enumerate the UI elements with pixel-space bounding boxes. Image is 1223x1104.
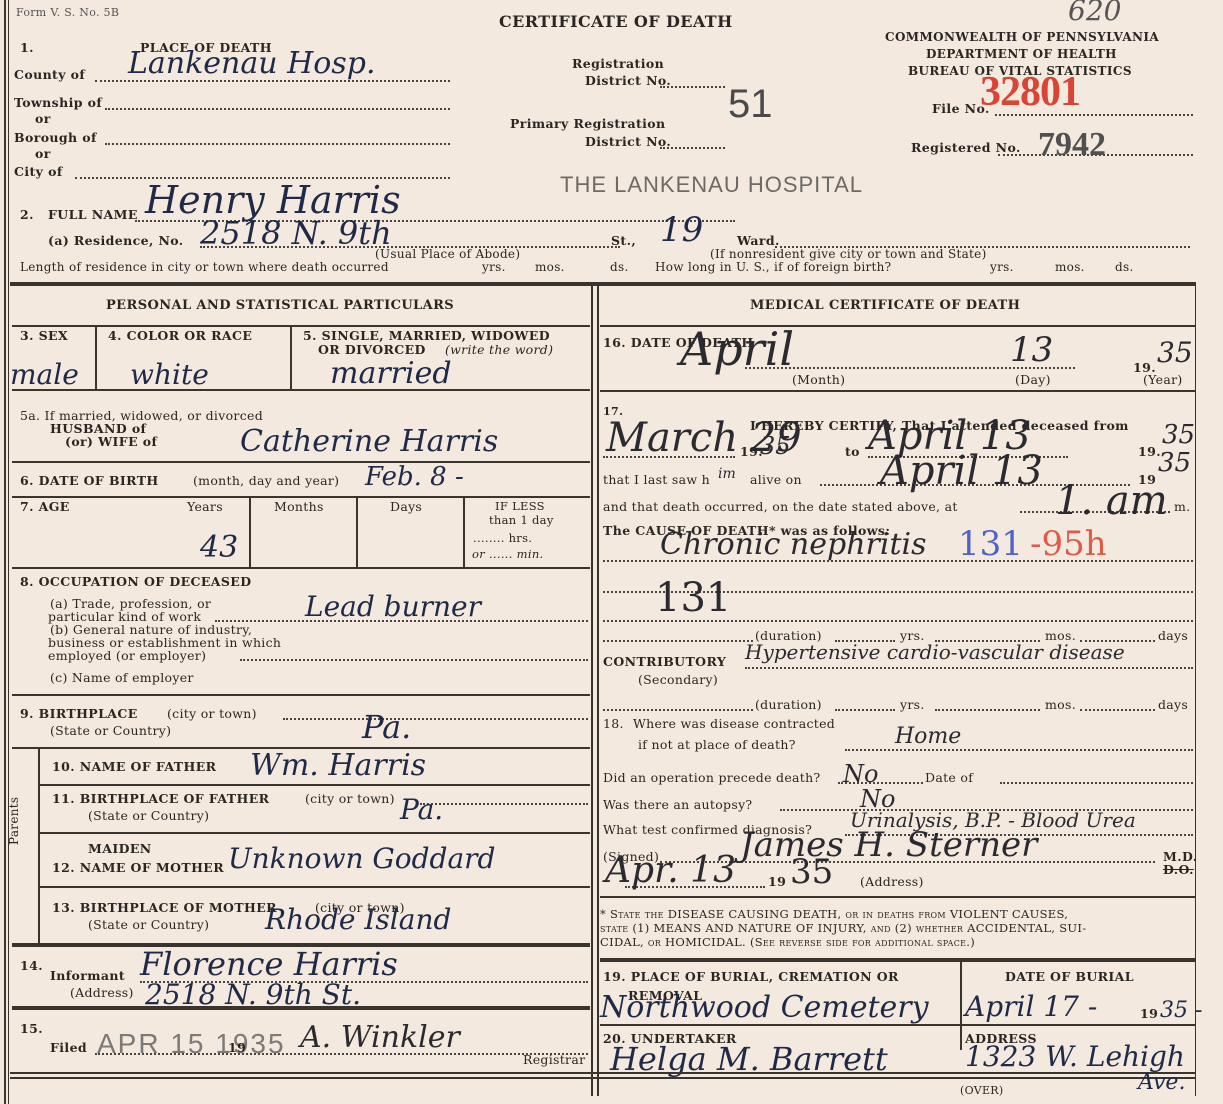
father-birthplace-line — [420, 803, 588, 805]
foreign-ds: ds. — [1115, 260, 1134, 274]
autopsy-label: Was there an autopsy? — [603, 797, 752, 812]
occ-c-label: (c) Name of employer — [50, 670, 194, 685]
township-line — [105, 108, 450, 110]
cause-code-2: 131 — [655, 575, 731, 621]
item-2-number: 2. — [20, 207, 34, 222]
full-name-label: FULL NAME — [48, 207, 138, 222]
alive-on-label: alive on — [750, 472, 802, 487]
borough-label: Borough of — [14, 130, 97, 145]
or-2: or — [35, 146, 51, 161]
bottom-rule-2 — [10, 1077, 1195, 1079]
primary-district-label: District No. — [585, 134, 671, 149]
less-min: or ...... min. — [472, 547, 544, 561]
burial-divider — [960, 960, 962, 1050]
township-label: Township of — [14, 95, 102, 110]
parents-divider — [38, 749, 40, 943]
where-line — [845, 749, 1193, 751]
death-certificate: Form V. S. No. 5B CERTIFICATE OF DEATH 6… — [0, 0, 1223, 1104]
footnote-2: state (1) MEANS AND NATURE OF INJURY, an… — [600, 921, 1086, 935]
burial-place-label-1: 19. PLACE OF BURIAL, CREMATION OR — [603, 969, 899, 984]
marital-label-2: OR DIVORCED — [318, 342, 426, 357]
duration-line-2d — [1080, 709, 1155, 711]
registered-no-label: Registered No. — [911, 140, 1021, 155]
year-label: (Year) — [1143, 372, 1183, 387]
where-number: 18. — [603, 716, 624, 731]
bottom-rule-1 — [10, 1072, 1195, 1074]
duration-yrs-2: yrs. — [900, 697, 925, 712]
residence-label: (a) Residence, No. — [48, 233, 184, 248]
rule-burial-top — [600, 958, 1195, 962]
borough-line — [105, 143, 450, 145]
registrar-signature: A. Winkler — [300, 1020, 460, 1055]
to-label: to — [845, 444, 860, 459]
where-value: Home — [895, 724, 961, 749]
where-label-2: if not at place of death? — [638, 737, 796, 752]
burial-date-value: April 17 - — [965, 990, 1097, 1023]
dod-day: 13 — [1010, 330, 1053, 370]
race-marital-divider — [290, 327, 292, 389]
cause-line-3 — [603, 620, 1193, 622]
registration-label: Registration — [572, 56, 664, 71]
mother-birthplace-label: 13. BIRTHPLACE OF MOTHER — [52, 900, 277, 915]
sex-label: 3. SEX — [20, 328, 68, 343]
last-saw-label: that I last saw h — [603, 472, 710, 487]
death-time: 1. am — [1055, 478, 1168, 524]
dob-value: Feb. 8 - — [365, 462, 464, 492]
age-years-value: 43 — [200, 530, 238, 565]
mother-birthplace-value: Rhode Island — [265, 903, 451, 936]
birthplace-value: Pa. — [362, 708, 411, 746]
footnote-3: CIDAL, or HOMICIDAL. (See reverse side f… — [600, 935, 975, 949]
burial-place-value: Northwood Cemetery — [600, 990, 929, 1025]
county-value: Lankenau Hosp. — [128, 46, 376, 81]
age-label: 7. AGE — [20, 499, 70, 514]
operation-value: No — [843, 760, 878, 788]
mother-birthplace-state: (State or Country) — [88, 917, 209, 932]
month-label: (Month) — [792, 372, 845, 387]
race-value: white — [130, 358, 209, 391]
birthplace-state-label: (State or Country) — [50, 723, 171, 738]
contributory-line — [745, 667, 1193, 669]
attended-from-year: 35 — [760, 432, 791, 460]
signed-value: James H. Sterner — [740, 825, 1037, 865]
foreign-yrs: yrs. — [990, 260, 1014, 274]
cause-code-blue: 131 — [958, 524, 1023, 564]
residence-value: 2518 N. 9th — [200, 214, 392, 252]
marital-label-1: 5. SINGLE, MARRIED, WIDOWED — [303, 328, 550, 343]
or-1: or — [35, 111, 51, 126]
rule-6 — [12, 496, 590, 498]
center-divider-2 — [597, 286, 599, 1096]
secondary-label: (Secondary) — [638, 672, 718, 687]
hospital-stamp: THE LANKENAU HOSPITAL — [560, 172, 863, 198]
duration-label-2: (duration) — [755, 697, 822, 712]
occ-b-label-3: employed (or employer) — [48, 648, 206, 663]
contributory-value: Hypertensive cardio-vascular disease — [745, 640, 1125, 664]
filed-stamp: APR 15 1935 — [97, 1028, 286, 1060]
last-saw-date: April 13 — [880, 448, 1043, 494]
agency-line-2: DEPARTMENT OF HEALTH — [926, 47, 1117, 61]
city-label: City of — [14, 164, 63, 179]
county-label: County of — [14, 67, 85, 82]
center-divider — [591, 286, 593, 1096]
form-number: Form V. S. No. 5B — [16, 6, 119, 19]
rule-10 — [40, 784, 590, 786]
street-label: St., — [611, 233, 636, 248]
sex-race-divider — [95, 327, 97, 389]
birthplace-label: 9. BIRTHPLACE — [20, 706, 138, 721]
days-label: Days — [390, 499, 422, 514]
dod-month: April — [680, 322, 794, 376]
duration-line-2a — [603, 709, 753, 711]
medical-heading: MEDICAL CERTIFICATE OF DEATH — [750, 298, 1020, 313]
right-edge — [1195, 282, 1196, 1096]
rule-11 — [40, 832, 590, 834]
cause-value: Chronic nephritis — [660, 527, 927, 562]
file-no-stamp: 32801 — [980, 68, 1080, 116]
duration-mos-2: mos. — [1045, 697, 1076, 712]
primary-registration-label: Primary Registration — [510, 116, 666, 131]
filed-19: 19 — [228, 1040, 246, 1055]
father-value: Wm. Harris — [250, 748, 426, 783]
registration-district-label: District No. — [585, 73, 671, 88]
years-months-divider — [249, 497, 251, 567]
last-saw-him: im — [718, 466, 736, 482]
registrar-label: Registrar — [523, 1052, 585, 1067]
days-less-divider — [463, 497, 465, 567]
rule-16 — [600, 390, 1195, 392]
occupation-label: 8. OCCUPATION OF DECEASED — [20, 574, 251, 589]
birthplace-line — [283, 718, 588, 720]
registration-district-line — [660, 86, 725, 88]
marital-value: married — [330, 356, 452, 391]
where-label-1: Where was disease contracted — [633, 716, 835, 731]
length-ds: ds. — [610, 260, 629, 274]
signed-year: 35 — [790, 852, 833, 892]
spouse-value: Catherine Harris — [240, 424, 498, 459]
duration-line-1a — [603, 640, 753, 642]
signed-19: 19 — [768, 874, 786, 889]
dob-label: 6. DATE OF BIRTH — [20, 473, 159, 488]
undertaker-address-value: 1323 W. Lehigh — [965, 1040, 1185, 1073]
rule-3-5 — [12, 389, 590, 391]
length-mos: mos. — [535, 260, 565, 274]
father-birthplace-value: Pa. — [400, 793, 443, 826]
burial-date-19: 19 — [1140, 1006, 1158, 1021]
m-label: m. — [1174, 499, 1190, 514]
document-title: CERTIFICATE OF DEATH — [499, 12, 733, 31]
footnote-1: * State the DISEASE CAUSING DEATH, or in… — [600, 907, 1068, 921]
parents-label: Parents — [7, 785, 21, 845]
attended-to-year: 35 — [1162, 420, 1195, 450]
day-label: (Day) — [1015, 372, 1051, 387]
operation-label: Did an operation precede death? — [603, 770, 820, 785]
agency-line-1: COMMONWEALTH OF PENNSYLVANIA — [885, 30, 1159, 44]
duration-days-2: days — [1158, 697, 1188, 712]
father-birthplace-state: (State or Country) — [88, 808, 209, 823]
duration-line-2c — [935, 709, 1040, 711]
burial-date-year: 35 - — [1160, 998, 1202, 1023]
less-hrs: ........ hrs. — [473, 531, 532, 545]
informant-label: Informant — [50, 968, 125, 983]
rule-12 — [40, 886, 590, 888]
months-label: Months — [274, 499, 324, 514]
mother-label-1: MAIDEN — [88, 841, 152, 856]
mother-value: Unknown Goddard — [228, 842, 495, 875]
dob-note: (month, day and year) — [193, 473, 339, 488]
length-yrs: yrs. — [482, 260, 506, 274]
length-residence-label: Length of residence in city or town wher… — [20, 260, 389, 274]
signed-address-label: (Address) — [860, 874, 924, 889]
duration-days-1: days — [1158, 628, 1188, 643]
rule-personal — [12, 325, 590, 327]
registered-no-stamp: 7942 — [1038, 126, 1106, 164]
rule-19 — [600, 1024, 1195, 1026]
duration-line-2b — [835, 709, 895, 711]
marital-label-3: (write the word) — [445, 342, 553, 357]
last-saw-year: 35 — [1158, 448, 1191, 478]
occ-b-line — [240, 659, 588, 661]
ward-label: Ward. — [737, 233, 780, 248]
informant-number: 14. — [20, 958, 43, 973]
foreign-birth-label: How long in U. S., if of foreign birth? — [655, 260, 891, 274]
section-divider — [10, 282, 1195, 286]
primary-district-line — [660, 147, 725, 149]
over-label: (OVER) — [960, 1084, 1003, 1097]
race-label: 4. COLOR OR RACE — [108, 328, 252, 343]
contributory-label: CONTRIBUTORY — [603, 654, 726, 669]
months-days-divider — [356, 497, 358, 567]
less-label-2: than 1 day — [489, 513, 554, 527]
dod-year: 35 — [1157, 336, 1193, 369]
signed-date: Apr. 13 — [605, 850, 736, 891]
burial-date-label: DATE OF BURIAL — [1005, 969, 1134, 984]
filed-number: 15. — [20, 1021, 43, 1036]
death-occurred-label: and that death occurred, on the date sta… — [603, 499, 958, 514]
cause-code-red: -95h — [1030, 524, 1107, 564]
birthplace-note: (city or town) — [167, 706, 257, 721]
father-label: 10. NAME OF FATHER — [52, 759, 216, 774]
rule-5a — [12, 461, 590, 463]
ward-value: 19 — [660, 210, 703, 250]
left-border-inner — [8, 0, 9, 1104]
sex-value: male — [10, 358, 79, 391]
filed-label: Filed — [50, 1040, 87, 1055]
primary-district-value: 51 — [728, 82, 773, 127]
occupation-value: Lead burner — [305, 590, 481, 623]
date-of-line — [1000, 782, 1193, 784]
rule-14 — [12, 1006, 590, 1010]
father-birthplace-note: (city or town) — [305, 791, 395, 806]
date-of-label: Date of — [925, 770, 973, 785]
nonresident-note: (If nonresident give city or town and St… — [710, 247, 987, 261]
abode-note: (Usual Place of Abode) — [375, 247, 520, 261]
rule-8 — [12, 694, 590, 696]
rule-7 — [12, 567, 590, 569]
rule-signed — [600, 896, 1195, 898]
years-label: Years — [187, 499, 223, 514]
less-label-1: IF LESS — [495, 499, 545, 513]
mother-label-2: 12. NAME OF MOTHER — [52, 860, 224, 875]
undertaker-address-value-2: Ave. — [1138, 1070, 1185, 1095]
corner-number: 620 — [1068, 0, 1121, 27]
item-1-number: 1. — [20, 40, 34, 55]
informant-address-label: (Address) — [70, 985, 134, 1000]
spouse-label-3: (or) WIFE of — [65, 434, 157, 449]
father-birthplace-label: 11. BIRTHPLACE OF FATHER — [52, 791, 269, 806]
left-border — [4, 0, 6, 1104]
do-label: D.O. — [1163, 862, 1194, 877]
personal-heading: PERSONAL AND STATISTICAL PARTICULARS — [106, 298, 454, 313]
foreign-mos: mos. — [1055, 260, 1085, 274]
